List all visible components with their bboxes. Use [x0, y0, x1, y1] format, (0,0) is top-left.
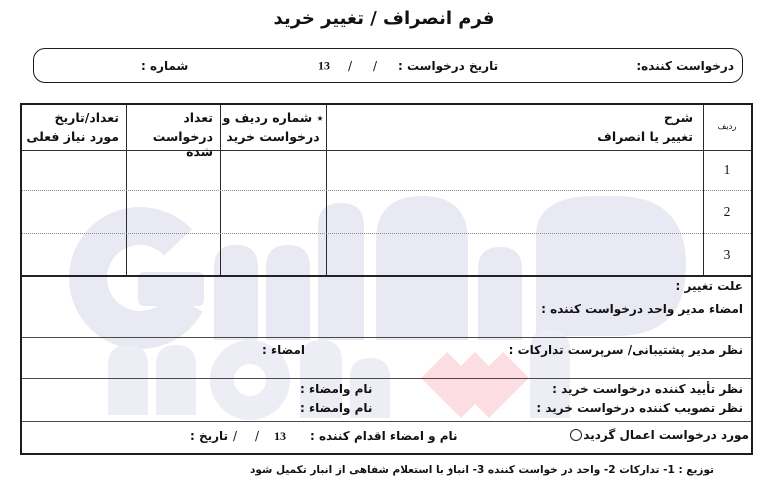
change-reason-section: علت تغییر : امضاء مدیر واحد درخواست کنند… — [22, 275, 751, 337]
purchase-change-form-page: فرم انصراف / تغییر خرید درخواست کننده: ت… — [0, 0, 768, 491]
row-divider — [22, 190, 751, 191]
approver-signature-label: نام وامضاء : — [300, 401, 372, 415]
table-row-number: 2 — [703, 204, 751, 220]
request-date-label: تاریخ درخواست : — [398, 59, 498, 73]
row-divider — [22, 233, 751, 234]
column-header-description: شرح تغییر یا انصراف — [326, 105, 703, 150]
date-slash: / — [373, 59, 377, 73]
confirmer-signature-label: نام وامضاء : — [300, 382, 372, 396]
date-slash: / — [233, 429, 237, 443]
support-manager-label: نظر مدیر پشتیبانی/ سرپرست تدارکات : — [509, 343, 743, 357]
confirmer-label: نظر تأیید کننده درخواست خرید : — [552, 382, 743, 396]
distribution-note: توزیع : 1- تدارکات 2- واحد در خواست کنند… — [447, 464, 714, 476]
column-header-serial: ردیف — [703, 105, 751, 150]
column-header-line: درخواست خرید — [220, 129, 326, 144]
table-row-number: 3 — [703, 247, 751, 263]
footnote: ٭ با استعلام شفاهی از انبار تکمیل شود — [250, 464, 453, 476]
column-header-line: مورد نیاز فعلی — [22, 129, 119, 144]
confirm-approve-section: نظر تأیید کننده درخواست خرید : نام وامضا… — [22, 378, 751, 421]
change-reason-label: علت تغییر : — [22, 279, 743, 293]
column-header-line: درخواست شده — [126, 129, 213, 159]
date-year-prefix: 13 — [318, 58, 330, 73]
table-row-number: 1 — [703, 162, 751, 178]
column-header-line: ٭ شماره ردیف و — [220, 110, 326, 125]
support-manager-section: نظر مدیر پشتیبانی/ سرپرست تدارکات : امضا… — [22, 337, 751, 378]
approver-label: نظر تصویب کننده درخواست خرید : — [536, 401, 743, 415]
signature-label: امضاء : — [262, 343, 305, 357]
applied-date-year-prefix: 13 — [274, 429, 286, 444]
requester-label: درخواست کننده: — [636, 59, 734, 73]
form-number-label: شماره : — [141, 59, 188, 73]
column-header-line: تعداد — [126, 110, 213, 125]
header-info-box: درخواست کننده: تاریخ درخواست : / / 13 شم… — [33, 48, 743, 83]
page-title: فرم انصراف / تغییر خرید — [0, 8, 768, 29]
column-header-line: تعداد/تاریخ — [22, 110, 119, 125]
column-header-current-need: تعداد/تاریخ مورد نیاز فعلی — [22, 105, 126, 150]
date-slash: / — [348, 59, 352, 73]
unit-manager-signature-label: امضاء مدیر واحد درخواست کننده : — [22, 302, 743, 316]
request-applied-item: مورد درخواست اعمال گردید — [570, 428, 749, 442]
column-header-requested-qty: تعداد درخواست شده — [126, 105, 220, 150]
check-circle-icon — [570, 429, 582, 441]
column-header-line: شرح — [326, 110, 693, 125]
column-header-line: تغییر یا انصراف — [326, 129, 693, 144]
request-applied-label: مورد درخواست اعمال گردید — [583, 428, 749, 442]
date-slash: / — [255, 429, 259, 443]
applied-date-label: تاریخ : — [190, 429, 228, 443]
applied-section: تاریخ : / / 13 نام و امضاء اقدام کننده :… — [22, 421, 751, 453]
items-table: ردیف شرح تغییر یا انصراف ٭ شماره ردیف و … — [20, 103, 753, 455]
column-header-request-number: ٭ شماره ردیف و درخواست خرید — [220, 105, 326, 150]
actor-signature-label: نام و امضاء اقدام کننده : — [310, 429, 458, 443]
